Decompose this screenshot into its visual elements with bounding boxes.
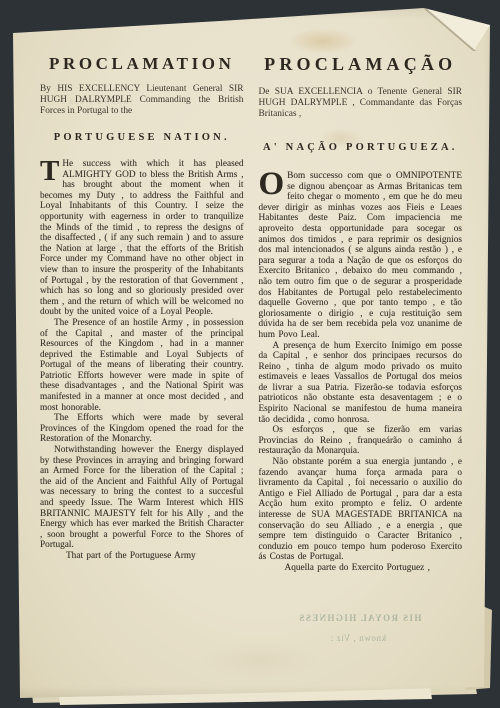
- portuguese-heading: A' NAÇÃO PORTUGUEZA.: [259, 142, 463, 153]
- english-paragraph-text: He success with which it has pleased ALM…: [40, 159, 244, 317]
- portuguese-byline: De SUA EXCELLENCIA o Tenente General SIR…: [259, 87, 463, 120]
- portuguese-title: PROCLAMAÇÃO: [259, 54, 463, 75]
- portuguese-body: OBom successo com que o OMNIPOTENTE se d…: [259, 171, 463, 574]
- show-through-text: HIS ROYAL HIGHNESS: [298, 613, 421, 623]
- two-column-text: PROCLAMATION By HIS EXCELLENCY Lieutenan…: [40, 54, 462, 574]
- english-paragraph: THe success with which it has pleased AL…: [40, 159, 244, 318]
- english-title: PROCLAMATION: [40, 54, 244, 74]
- english-catchline: That part of the Portuguese Army: [40, 551, 244, 562]
- photo-background: known , Viz : known , Viz : HIS ROYAL HI…: [0, 0, 500, 708]
- show-through-text: known , Viz :: [330, 633, 386, 643]
- english-paragraph: The Presence of an hostile Army , in pos…: [40, 318, 244, 413]
- portuguese-paragraph: OBom successo com que o OMNIPOTENTE se d…: [259, 171, 463, 341]
- paper-stain: [288, 28, 358, 54]
- english-drop-cap: T: [40, 159, 62, 182]
- english-byline: By HIS EXCELLENCY Lieutenant General SIR…: [40, 84, 244, 117]
- paper-stain: [200, 640, 320, 680]
- portuguese-paragraph: Não obstante porém a sua energia juntand…: [259, 457, 463, 563]
- portuguese-paragraph: A presença de hum Exercito Inimigo em po…: [259, 341, 463, 426]
- portuguese-column: PROCLAMAÇÃO De SUA EXCELLENCIA o Tenente…: [259, 54, 463, 574]
- portuguese-catchline: Aquella parte do Exercito Portuguez ,: [259, 563, 463, 574]
- english-column: PROCLAMATION By HIS EXCELLENCY Lieutenan…: [40, 54, 244, 574]
- english-body: THe success with which it has pleased AL…: [40, 159, 244, 562]
- portuguese-paragraph-text: Bom successo com que o OMNIPOTENTE se di…: [259, 171, 463, 340]
- proclamation-sheet: known , Viz : known , Viz : HIS ROYAL HI…: [0, 0, 500, 708]
- english-heading: PORTUGUESE NATION.: [40, 132, 244, 143]
- portuguese-paragraph: Os esforços , que se fizerão em varias P…: [259, 425, 463, 457]
- english-paragraph: The Efforts which were made by several P…: [40, 413, 244, 445]
- portuguese-drop-cap: O: [259, 171, 288, 196]
- english-paragraph: Notwithstanding however the Energy displ…: [40, 445, 244, 551]
